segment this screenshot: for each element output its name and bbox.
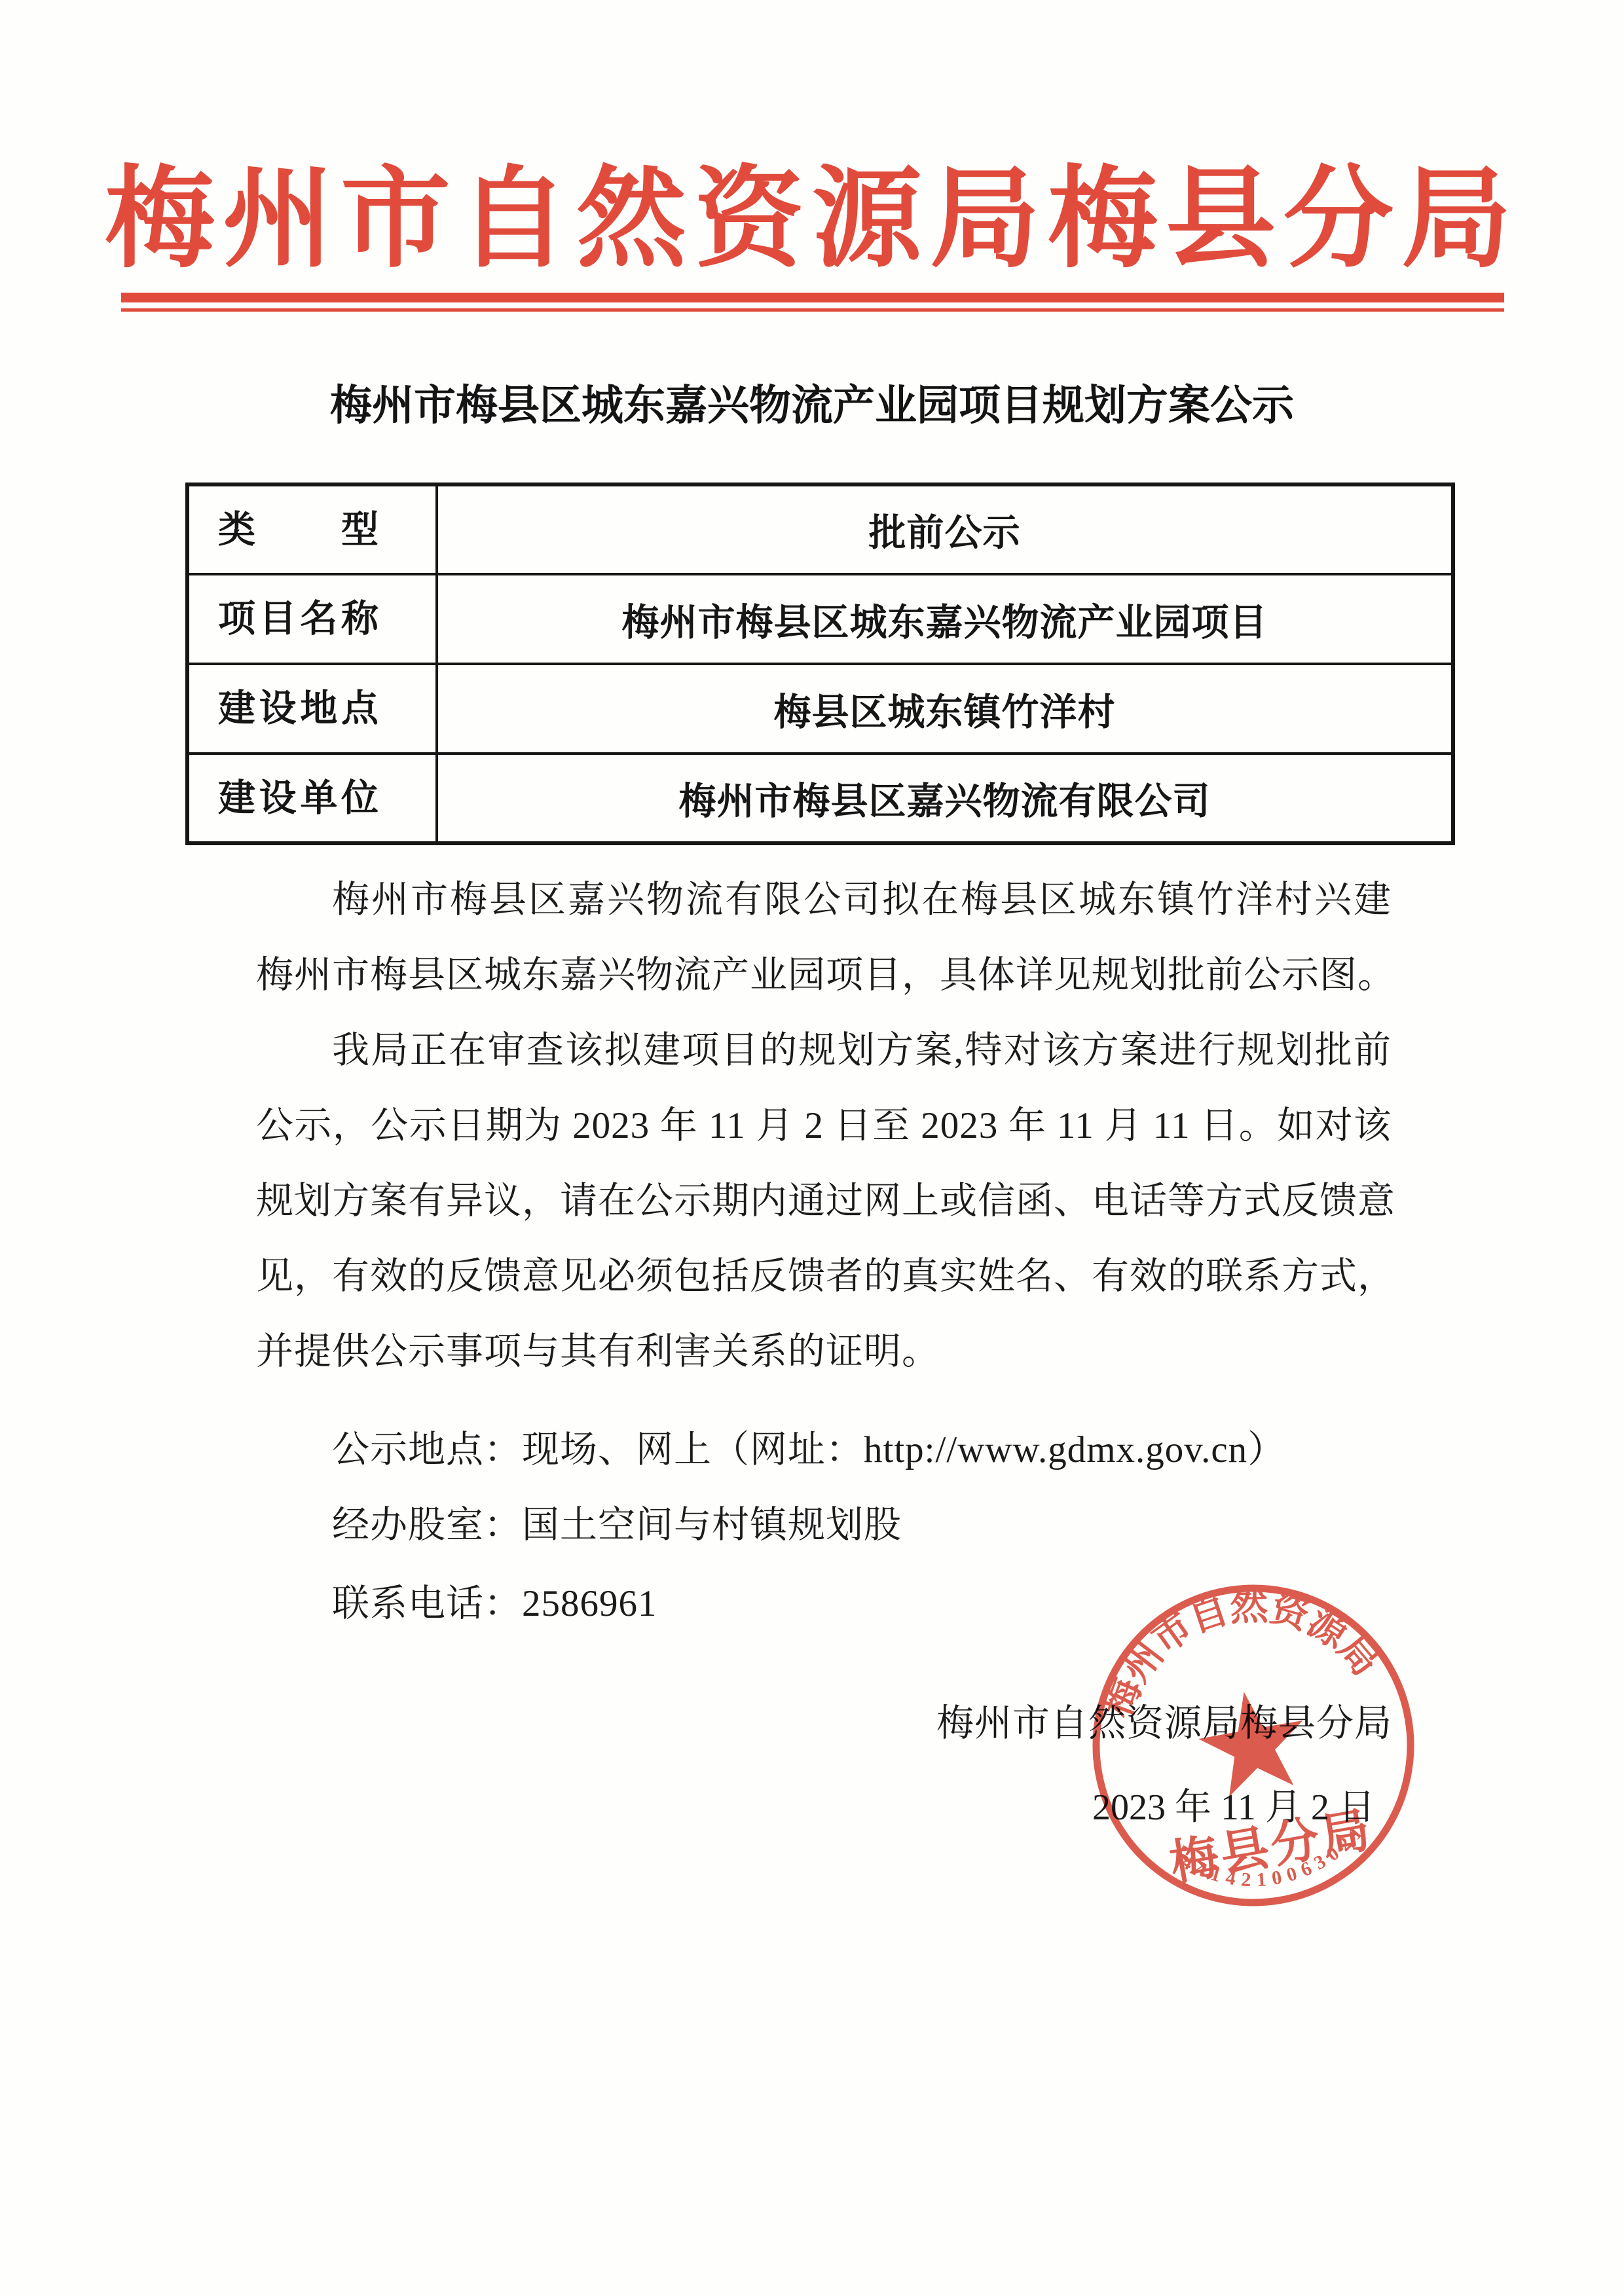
row-label: 项目名称 [218,600,378,638]
row-label-cell: 项目名称 [187,574,437,664]
body-line: 规划方案有异议，请在公示期内通过网上或信函、电话等方式反馈意 [256,1180,1392,1223]
body-line: 公示，公示日期为 2023 年 11 月 2 日至 2023 年 11 月 11… [256,1104,1392,1148]
row-value-cell: 批前公示 [437,484,1453,574]
body-line: 见，有效的反馈意见必须包括反馈者的真实姓名、有效的联系方式， [256,1255,1392,1298]
official-seal-graphic: 梅州市自然资源局 梅县分局 4414210063021 [1056,1548,1450,1942]
table-row: 项目名称 梅州市梅县区城东嘉兴物流产业园项目 [187,574,1453,664]
body-line: 梅州市梅县区嘉兴物流有限公司拟在梅县区城东镇竹洋村兴建 [332,879,1392,922]
official-seal: 梅州市自然资源局 梅县分局 4414210063021 [1056,1548,1450,1942]
row-label-cell: 建设地点 [187,664,437,754]
contact-phone-line: 联系电话：2586961 [332,1582,657,1626]
body-line: 梅州市梅县区城东嘉兴物流产业园项目，具体详见规划批前公示图。 [256,954,1392,997]
body-line: 我局正在审查该拟建项目的规划方案,特对该方案进行规划批前 [332,1029,1392,1072]
row-value-cell: 梅州市梅县区城东嘉兴物流产业园项目 [437,574,1453,664]
row-label: 建设单位 [218,780,378,817]
document-title: 梅州市梅县区城东嘉兴物流产业园项目规划方案公示 [0,372,1624,432]
row-label: 类型 [218,511,378,549]
contact-office-line: 经办股室：国土空间与村镇规划股 [332,1504,902,1547]
row-value-cell: 梅州市梅县区嘉兴物流有限公司 [437,754,1453,843]
project-info-table: 类型 批前公示 项目名称 梅州市梅县区城东嘉兴物流产业园项目 建设地点 梅县区城… [185,483,1455,845]
header-divider-thin [121,308,1504,312]
body-line: 并提供公示事项与其有利害关系的证明。 [256,1330,940,1374]
star-icon [1192,1683,1314,1800]
table-row: 建设单位 梅州市梅县区嘉兴物流有限公司 [187,754,1453,843]
row-label-cell: 建设单位 [187,754,437,843]
document-page: 梅州市自然资源局梅县分局 梅州市梅县区城东嘉兴物流产业园项目规划方案公示 类型 … [0,0,1624,2296]
contact-location-line: 公示地点：现场、网上（网址：http://www.gdmx.gov.cn） [332,1429,1285,1472]
table-row: 类型 批前公示 [187,484,1453,574]
seal-arc-text: 梅州市自然资源局 [1080,1561,1392,1730]
agency-header: 梅州市自然资源局梅县分局 [0,162,1624,278]
row-value-cell: 梅县区城东镇竹洋村 [437,664,1453,754]
row-label: 建设地点 [218,690,378,727]
row-label-cell: 类型 [187,484,437,574]
table-row: 建设地点 梅县区城东镇竹洋村 [187,664,1453,754]
header-divider-thick [121,293,1504,302]
